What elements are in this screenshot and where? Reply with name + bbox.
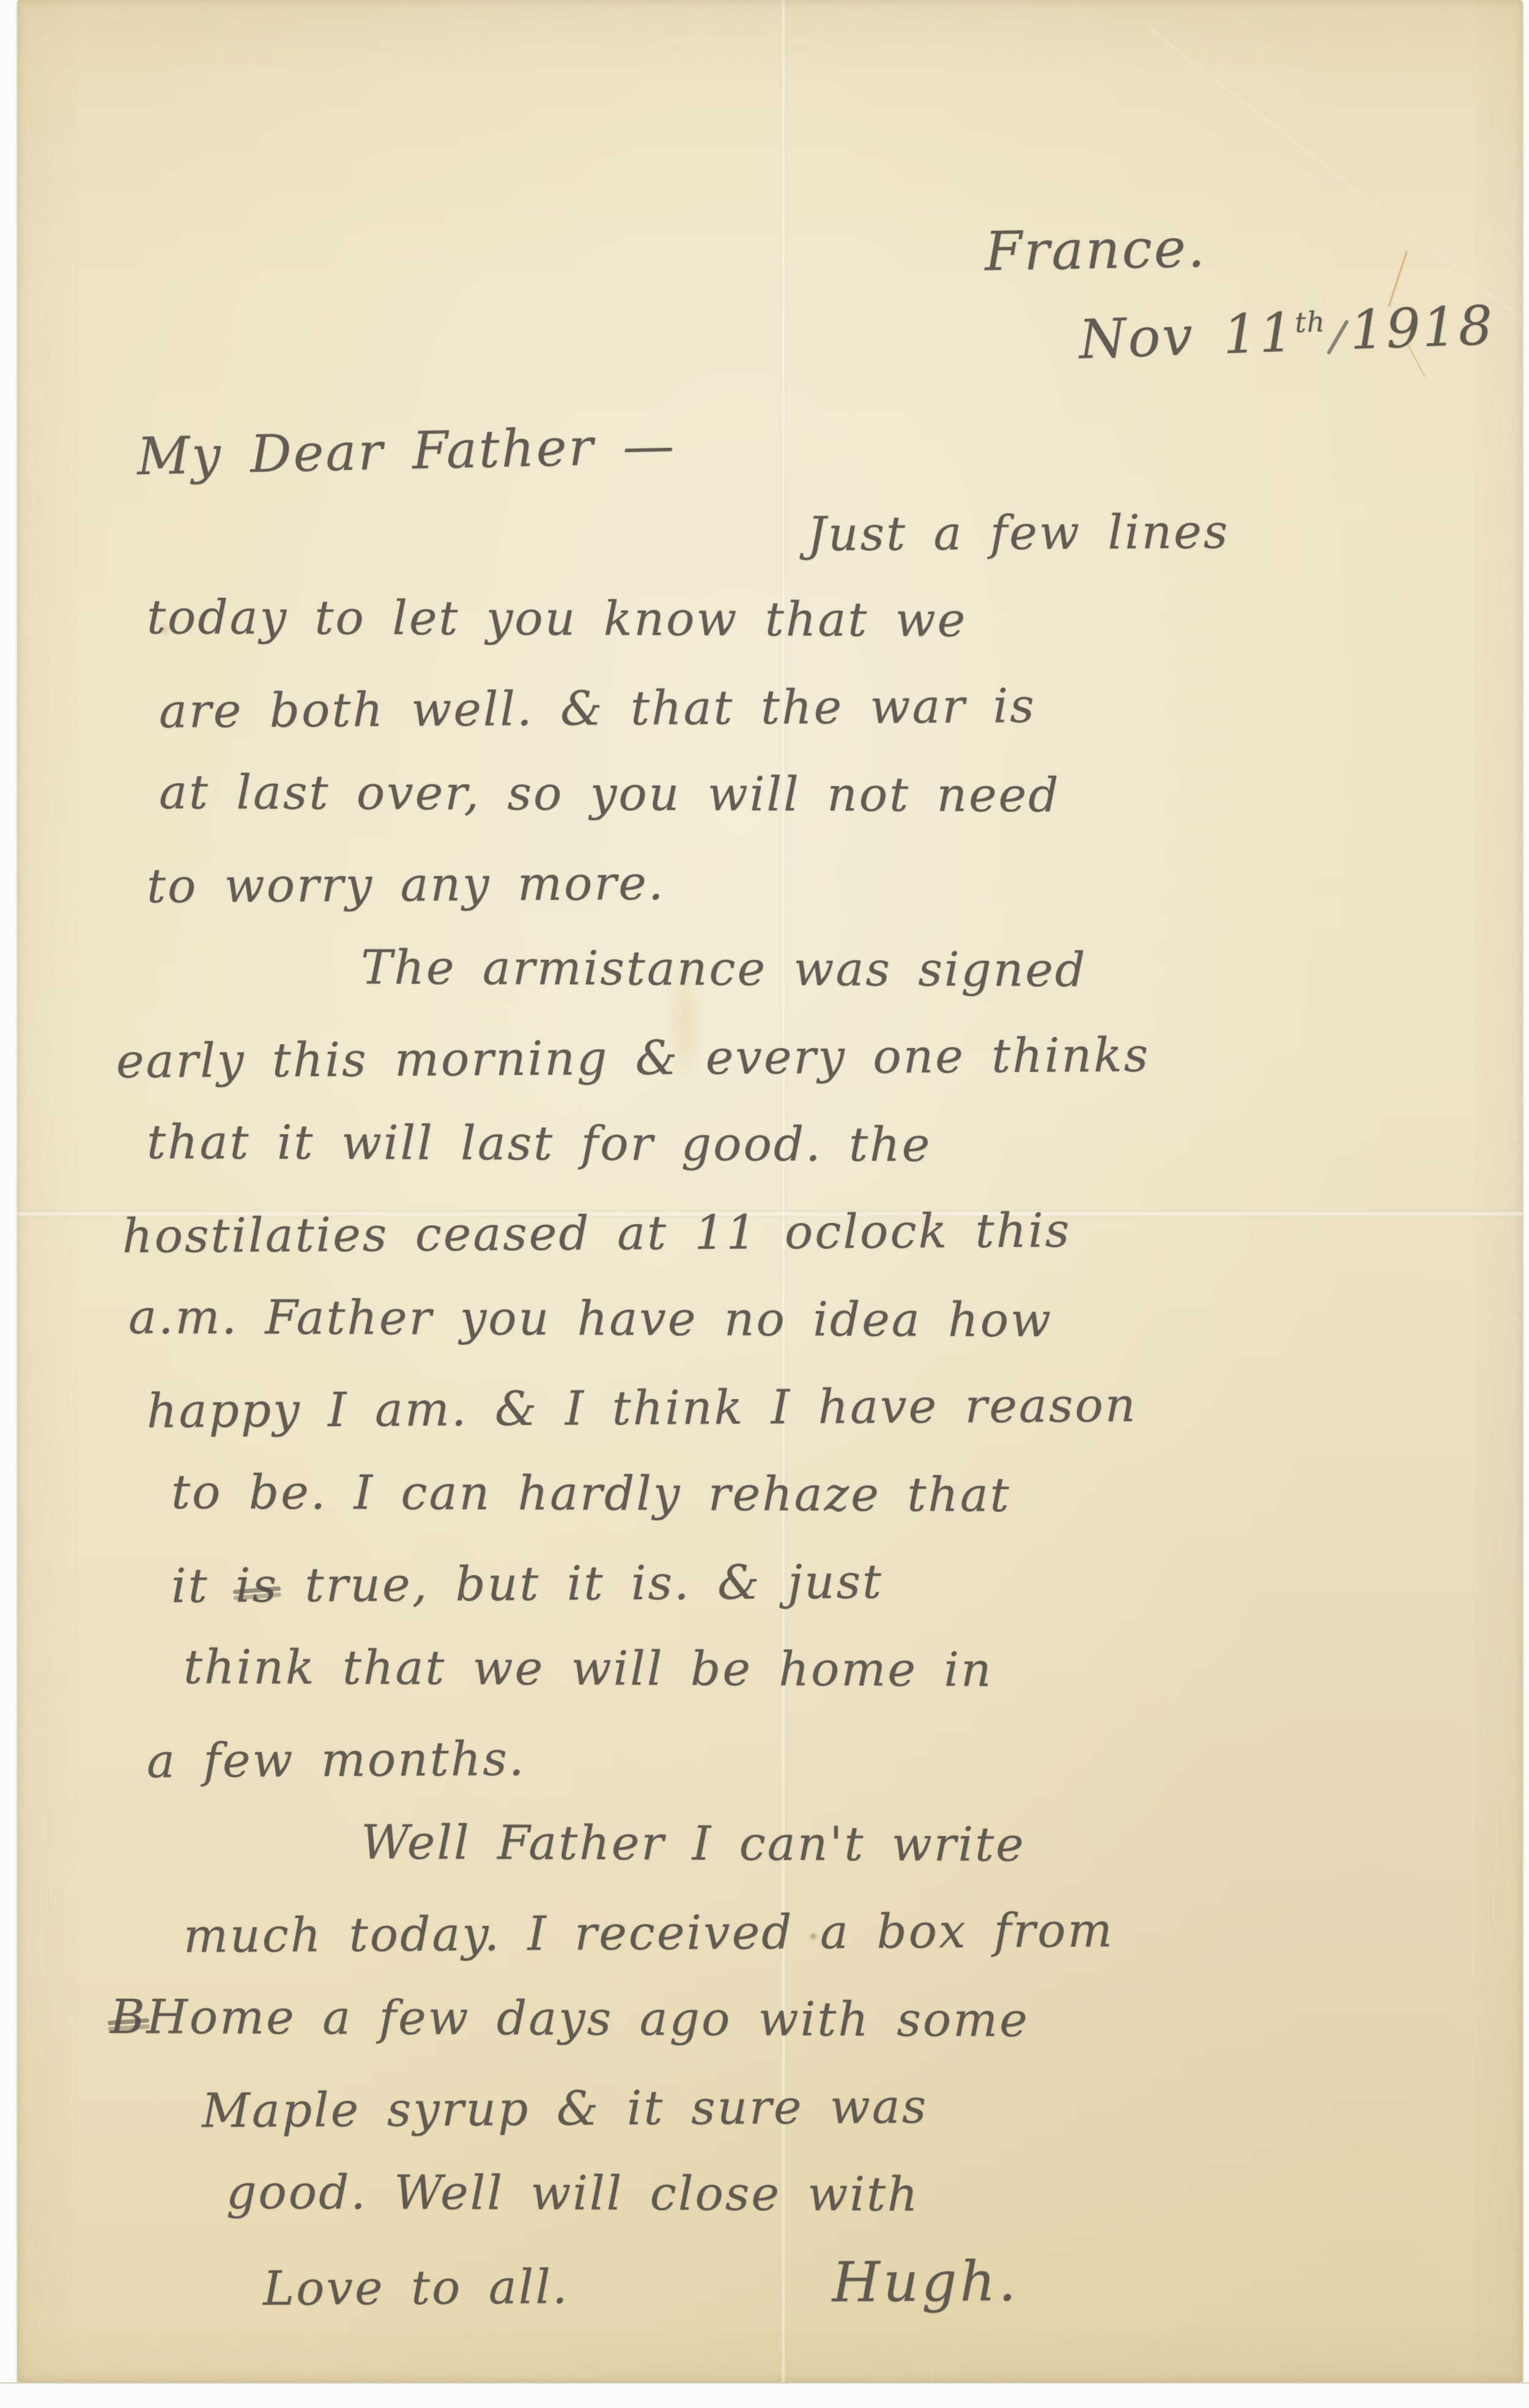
line-text: it [171,1559,236,1614]
struck-word: is [235,1547,279,1626]
line-text: good. Well will close with [226,2165,920,2222]
letter-line: BHome a few days ago with some [110,1978,1523,2070]
letter-line: early this morning & every one thinks [116,1014,1523,1110]
date-line: Nov 11th1918 [1078,292,1523,371]
line-text: The armistance was signed [361,941,1087,998]
letter-line: are both well. & that the war is [159,664,1523,760]
date-day: Nov 11 [1078,300,1296,371]
line-text: are both well. & that the war is [159,679,1036,739]
line-text: today to let you know that we [147,590,967,648]
line-text: Maple syrup & it sure was [202,2079,928,2138]
letter-line: Just a few lines [807,491,1523,582]
letter-line: hostilaties ceased at 11 oclock this [122,1189,1523,1285]
struck-word: B [110,1978,147,2057]
letter-line: Maple syrup & it sure was [202,2064,1523,2159]
date-ordinal: th [1294,305,1326,339]
letter-heading: France. Nov 11th1918 [17,215,1523,363]
date-slash [1326,319,1349,355]
letter-line: happy I am. & I think I have reason [147,1364,1523,1460]
line-text: that it will last for good. the [147,1115,931,1172]
line-text: at last over, so you will not need [159,765,1061,823]
place-line: France. [984,210,1523,283]
letter-line: much today. I received a box from [183,1889,1523,1984]
salutation: My Dear Father — [136,415,676,486]
line-text: Just a few lines [807,505,1230,562]
letter-line: to be. I can hardly rehaze that [171,1453,1523,1545]
letter-body: Just a few linestoday to let you know th… [147,493,1523,2330]
line-text: hostilaties ceased at 11 oclock this [122,1204,1072,1264]
letter-paper: France. Nov 11th1918 My Dear Father — Ju… [17,0,1523,2382]
line-text: think that we will be home in [183,1640,993,1698]
line-text: Home a few days ago with some [146,1990,1029,2048]
line-text: Love to all. [263,2260,569,2316]
letter-line: today to let you know that we [147,578,1523,671]
letter-line: good. Well will close with [226,2153,1523,2245]
letter-line: The armistance was signed [361,929,1523,1020]
letter-line: a.m. Father you have no idea how [128,1278,1523,1370]
letter-line: to worry any more. [147,839,1523,935]
line-text: a few months. [147,1732,526,1789]
letter-line: a few months. [147,1714,1523,1810]
letter-line: think that we will be home in [183,1628,1523,1720]
line-text: a.m. Father you have no idea how [128,1290,1053,1348]
line-text: to be. I can hardly rehaze that [171,1465,1011,1523]
line-text: Well Father I can't write [361,1816,1026,1873]
letter-line: Well Father I can't write [361,1804,1523,1895]
line-text: much today. I received a box from [183,1903,1114,1963]
letter-line: it is true, but it is. & just [171,1539,1523,1634]
line-text: happy I am. & I think I have reason [147,1378,1138,1439]
letter-line: Love to all.Hugh. [263,2239,1523,2335]
date-year: 1918 [1349,294,1495,362]
line-text: true, but it is. & just [278,1555,883,1613]
signature: Hugh. [832,2250,1019,2315]
scan-edge-strip [0,2382,1529,2408]
scan-background: France. Nov 11th1918 My Dear Father — Ju… [0,0,1529,2408]
line-text: to worry any more. [147,857,665,914]
letter-line: that it will last for good. the [147,1103,1523,1195]
letter-line: at last over, so you will not need [159,753,1523,845]
line-text: early this morning & every one thinks [116,1028,1150,1089]
